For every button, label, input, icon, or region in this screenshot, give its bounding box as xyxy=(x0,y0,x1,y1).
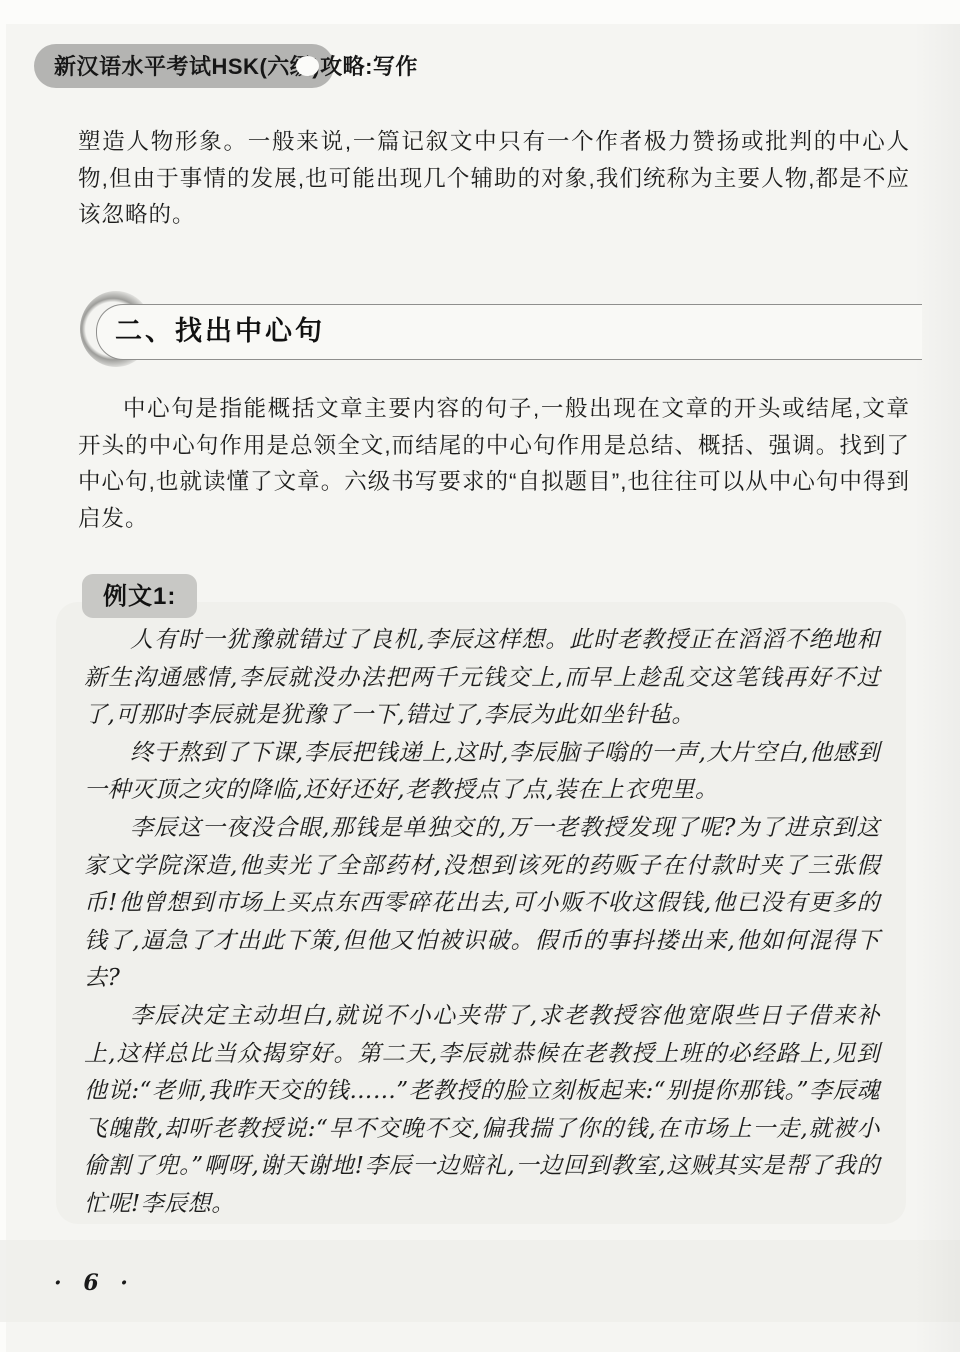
body-paragraph: 中心句是指能概括文章主要内容的句子,一般出现在文章的开头或结尾,文章开头的中心句… xyxy=(78,391,910,537)
scan-bottom-shade xyxy=(0,1240,960,1322)
example-label-badge: 例文1: xyxy=(82,574,197,618)
page-number: · 6 · xyxy=(54,1270,135,1296)
section-title: 二、找出中心句 xyxy=(97,305,922,358)
example-paragraph: 人有时一犹豫就错过了良机,李辰这样想。此时老教授正在滔滔不绝地和新生沟通感情,李… xyxy=(84,622,880,735)
example-paragraph: 李辰决定主动坦白,就说不小心夹带了,求老教授容他宽限些日子借来补上,这样总比当众… xyxy=(84,998,880,1224)
book-page: { "colors": { "page_bg": "#f5f5f2", "ban… xyxy=(0,0,960,1352)
banner-dot xyxy=(296,56,319,76)
example-paragraph: 终于熬到了下课,李辰把钱递上,这时,李辰脑子嗡的一声,大片空白,他感到一种灭顶之… xyxy=(84,735,880,810)
page-header-banner: 新汉语水平考试HSK(六级)攻略:写作 xyxy=(34,44,334,88)
book-title: 新汉语水平考试HSK(六级)攻略:写作 xyxy=(34,44,334,89)
scan-edge-shadow xyxy=(914,24,960,1352)
intro-paragraph: 塑造人物形象。一般来说,一篇记叙文中只有一个作者极力赞扬或批判的中心人物,但由于… xyxy=(78,124,910,234)
section-heading-band: 二、找出中心句 xyxy=(96,304,922,360)
example-paragraph: 李辰这一夜没合眼,那钱是单独交的,万一老教授发现了呢?为了进京到这家文学院深造,… xyxy=(84,810,880,998)
example-panel: 人有时一犹豫就错过了良机,李辰这样想。此时老教授正在滔滔不绝地和新生沟通感情,李… xyxy=(56,602,906,1224)
